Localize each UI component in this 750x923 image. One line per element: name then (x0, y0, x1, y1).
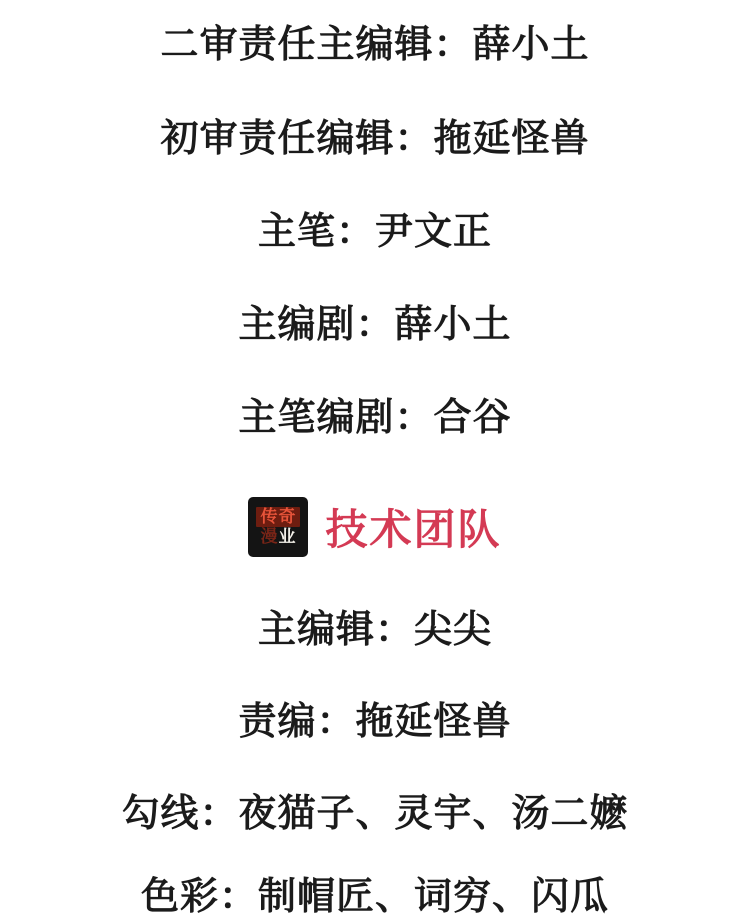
credit-value: 制帽匠、词穷、闪瓜 (258, 876, 609, 918)
credit-line-lead-artist: 主笔：尹文正 (0, 211, 750, 255)
credit-label: 责编： (238, 701, 355, 743)
credit-line-lead-screenwriter: 主编剧：薛小土 (0, 304, 750, 348)
credit-line-first-review-editor: 初审责任编辑：拖延怪兽 (0, 118, 750, 162)
credit-line-chief-editor: 主编辑：尖尖 (0, 609, 750, 653)
credit-label: 二审责任主编辑： (160, 24, 472, 66)
credits-page: 二审责任主编辑：薛小土 初审责任编辑：拖延怪兽 主笔：尹文正 主编剧：薛小土 主… (0, 0, 750, 923)
credit-value: 薛小土 (395, 304, 512, 346)
studio-logo-text-bottom: 漫业 (260, 527, 296, 547)
credit-label: 主笔： (258, 211, 375, 253)
credit-label: 主编辑： (258, 609, 414, 651)
credit-label: 主笔编剧： (238, 397, 433, 439)
credit-value: 拖延怪兽 (356, 701, 512, 743)
credit-value: 尹文正 (375, 211, 492, 253)
credit-label: 初审责任编辑： (160, 118, 433, 160)
credit-label: 主编剧： (238, 304, 394, 346)
studio-logo-char-ye: 业 (278, 527, 296, 546)
studio-logo-text-top: 传奇 (256, 507, 300, 527)
credit-label: 勾线： (121, 793, 238, 835)
credit-line-coloring: 色彩：制帽匠、词穷、闪瓜 (0, 876, 750, 920)
credit-value: 夜猫子、灵宇、汤二嬷 (239, 793, 629, 835)
credit-value: 合谷 (434, 397, 512, 439)
credit-line-line-art: 勾线：夜猫子、灵宇、汤二嬷 (0, 793, 750, 837)
tech-team-section-header: 传奇 漫业 技术团队 (0, 497, 750, 557)
credit-value: 薛小土 (473, 24, 590, 66)
credit-value: 尖尖 (414, 609, 492, 651)
credit-line-responsible-editor: 责编：拖延怪兽 (0, 701, 750, 745)
credit-value: 拖延怪兽 (434, 118, 590, 160)
studio-logo-char-man: 漫 (260, 527, 278, 546)
studio-logo: 传奇 漫业 (248, 497, 308, 557)
credit-line-lead-art-screenwriter: 主笔编剧：合谷 (0, 397, 750, 441)
credit-label: 色彩： (141, 876, 258, 918)
section-title: 技术团队 (325, 497, 501, 557)
credit-line-second-review-chief-editor: 二审责任主编辑：薛小土 (0, 24, 750, 68)
